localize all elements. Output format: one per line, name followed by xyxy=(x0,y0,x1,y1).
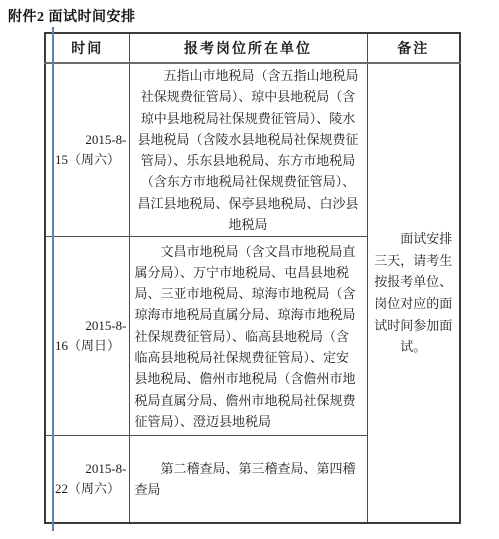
table-row: 2015-8- 15（周六） 五指山市地税局（含五指山地税局社保规费征管局）、琼… xyxy=(45,63,460,237)
table-header-row: 时间 报考岗位所在单位 备注 xyxy=(45,33,460,63)
time-date-part: 2015-8- xyxy=(55,459,127,479)
page-title: 附件2 面试时间安排 xyxy=(8,6,136,26)
time-date-part: 2015-8- xyxy=(55,316,127,336)
header-time: 时间 xyxy=(45,33,129,63)
header-unit: 报考岗位所在单位 xyxy=(129,33,367,63)
time-cell: 2015-8- 22（周六） xyxy=(45,436,129,523)
time-cell: 2015-8- 15（周六） xyxy=(45,63,129,237)
document-page: 附件2 面试时间安排 时间 报考岗位所在单位 备注 2015-8- 15（周六）… xyxy=(0,0,499,539)
unit-cell: 五指山市地税局（含五指山地税局社保规费征管局）、琼中县地税局（含琼中县地税局社保… xyxy=(129,63,367,237)
time-day-part: 15（周六） xyxy=(55,150,127,170)
header-remark: 备注 xyxy=(367,33,460,63)
time-date-part: 2015-8- xyxy=(55,130,127,150)
time-day-part: 22（周六） xyxy=(55,479,127,499)
left-margin-line xyxy=(52,27,54,531)
time-cell: 2015-8- 16（周日） xyxy=(45,237,129,436)
remark-cell: 面试安排三天，请考生按报考单位、岗位对应的面试时间参加面试。 xyxy=(367,63,460,523)
time-day-part: 16（周日） xyxy=(55,336,127,356)
unit-cell: 第二稽查局、第三稽查局、第四稽查局 xyxy=(129,436,367,523)
unit-cell: 文昌市地税局（含文昌市地税局直属分局）、万宁市地税局、屯昌县地税局、三亚市地税局… xyxy=(129,237,367,436)
interview-schedule-table: 时间 报考岗位所在单位 备注 2015-8- 15（周六） 五指山市地税局（含五… xyxy=(44,32,461,524)
